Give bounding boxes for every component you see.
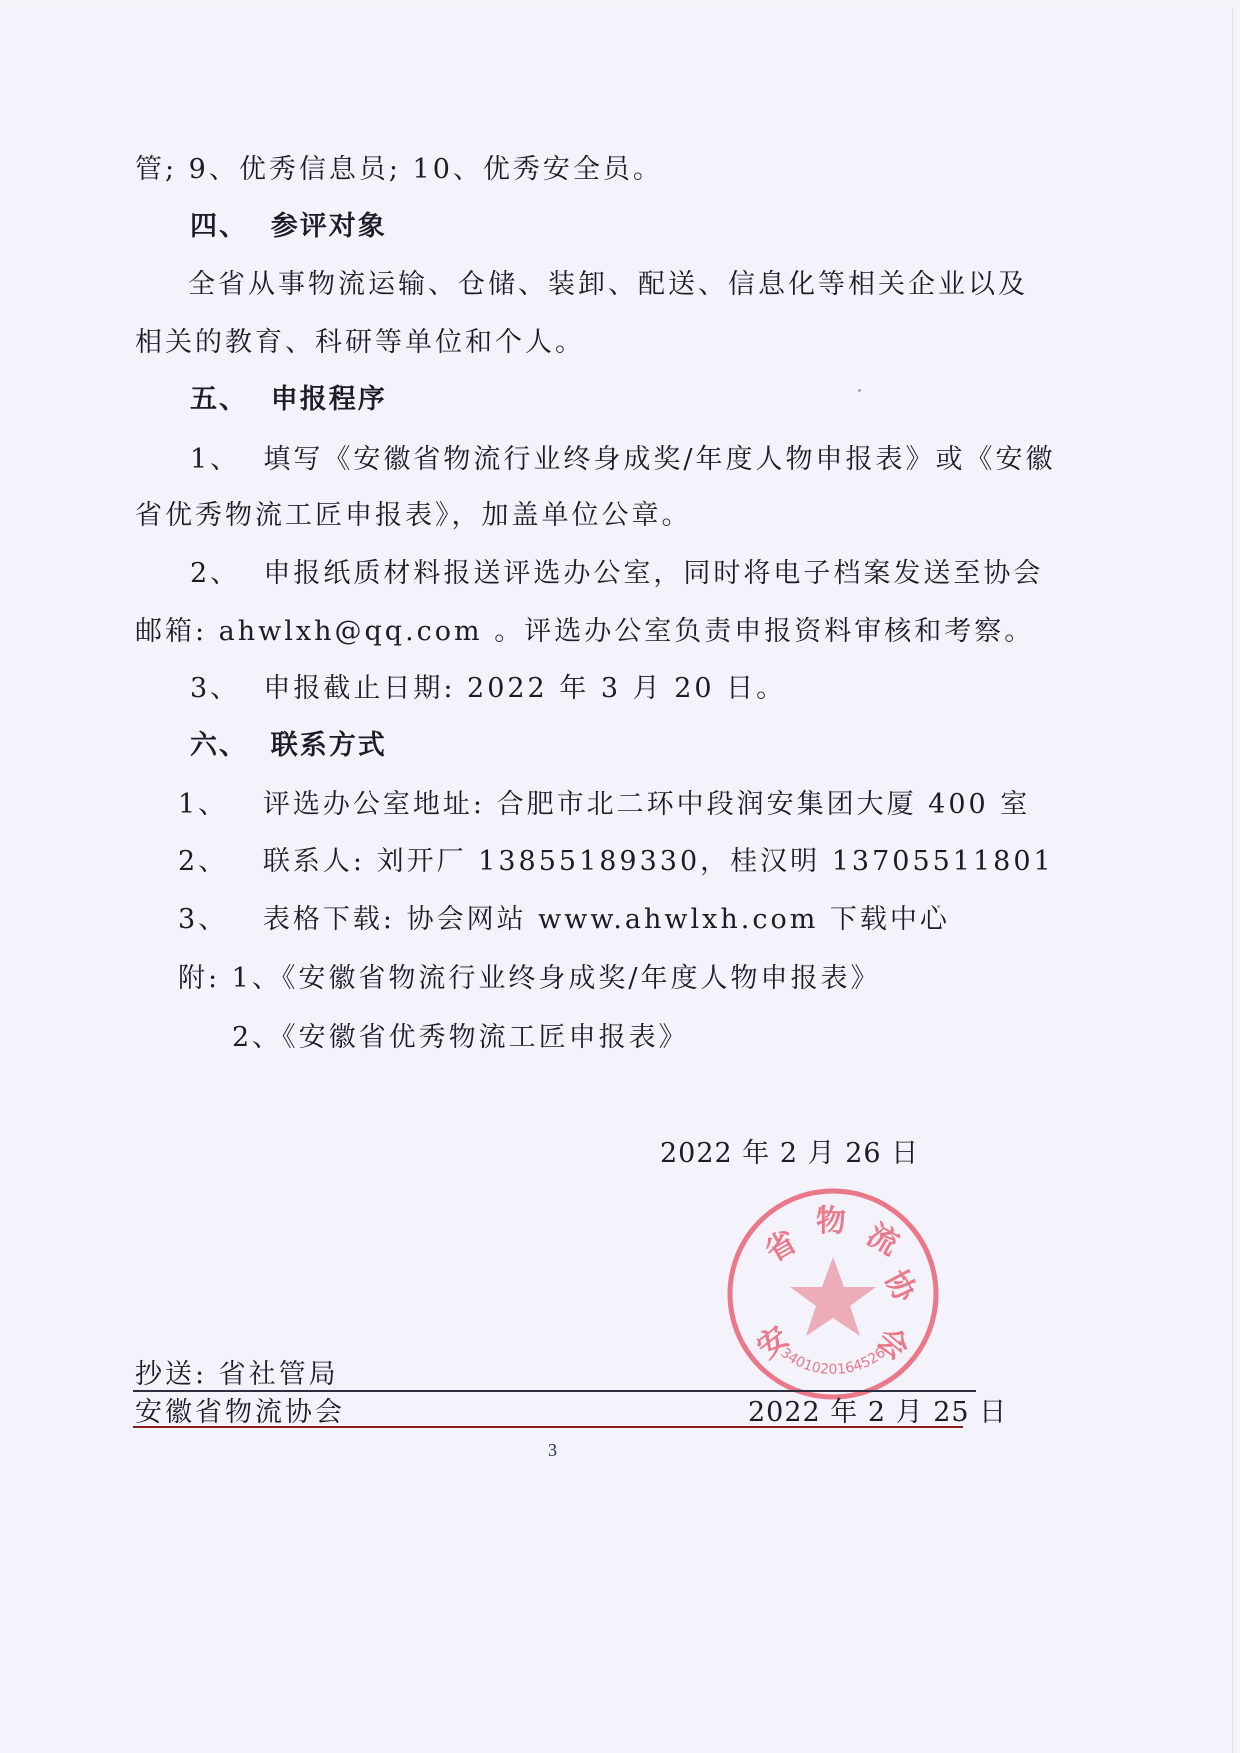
divider [133,1426,963,1428]
body-line: 省优秀物流工匠申报表》，加盖单位公章。 [135,499,692,533]
section-heading-6: 六、 联系方式 [190,729,387,763]
download-line: 3、 表格下载: 协会网站 www.ahwlxh.com 下载中心 [178,903,950,937]
page-number: 3 [548,1440,557,1461]
cc-line: 抄送: 省社管局 [135,1358,339,1392]
signature-date: 2022 年 2 月 26 日 [660,1137,919,1171]
body-line: 相关的教育、科研等单位和个人。 [135,326,585,360]
scan-speck [858,389,861,392]
email-line: 邮箱: ahwlxh@qq.com 。评选办公室负责申报资料审核和考察。 [135,615,1034,649]
attachment-2: 2、《安徽省优秀物流工匠申报表》 [232,1021,689,1055]
body-line: 2、 申报纸质材料报送评选办公室，同时将电子档案发送至协会 [190,557,1043,591]
divider [133,1390,976,1392]
scan-speck [937,905,940,908]
section-heading-4: 四、 参评对象 [190,210,387,244]
address-line: 1、 评选办公室地址: 合肥市北二环中段润安集团大厦 400 室 [178,788,1030,822]
body-line: 1、 填写《安徽省物流行业终身成奖/年度人物申报表》或《安徽 [190,443,1055,477]
body-line: 管; 9、优秀信息员; 10、优秀安全员。 [135,153,663,187]
issue-date: 2022 年 2 月 25 日 [748,1396,1007,1430]
section-heading-5: 五、 申报程序 [190,383,387,417]
attachment-1: 附: 1、《安徽省物流行业终身成奖/年度人物申报表》 [178,962,880,996]
body-line: 全省从事物流运输、仓储、装卸、配送、信息化等相关企业以及 [188,268,1028,302]
issuer: 安徽省物流协会 [135,1396,345,1430]
deadline-line: 3、 申报截止日期: 2022 年 3 月 20 日。 [190,672,786,706]
contact-line: 2、 联系人: 刘开厂 13855189330，桂汉明 13705511801 [178,845,1054,879]
